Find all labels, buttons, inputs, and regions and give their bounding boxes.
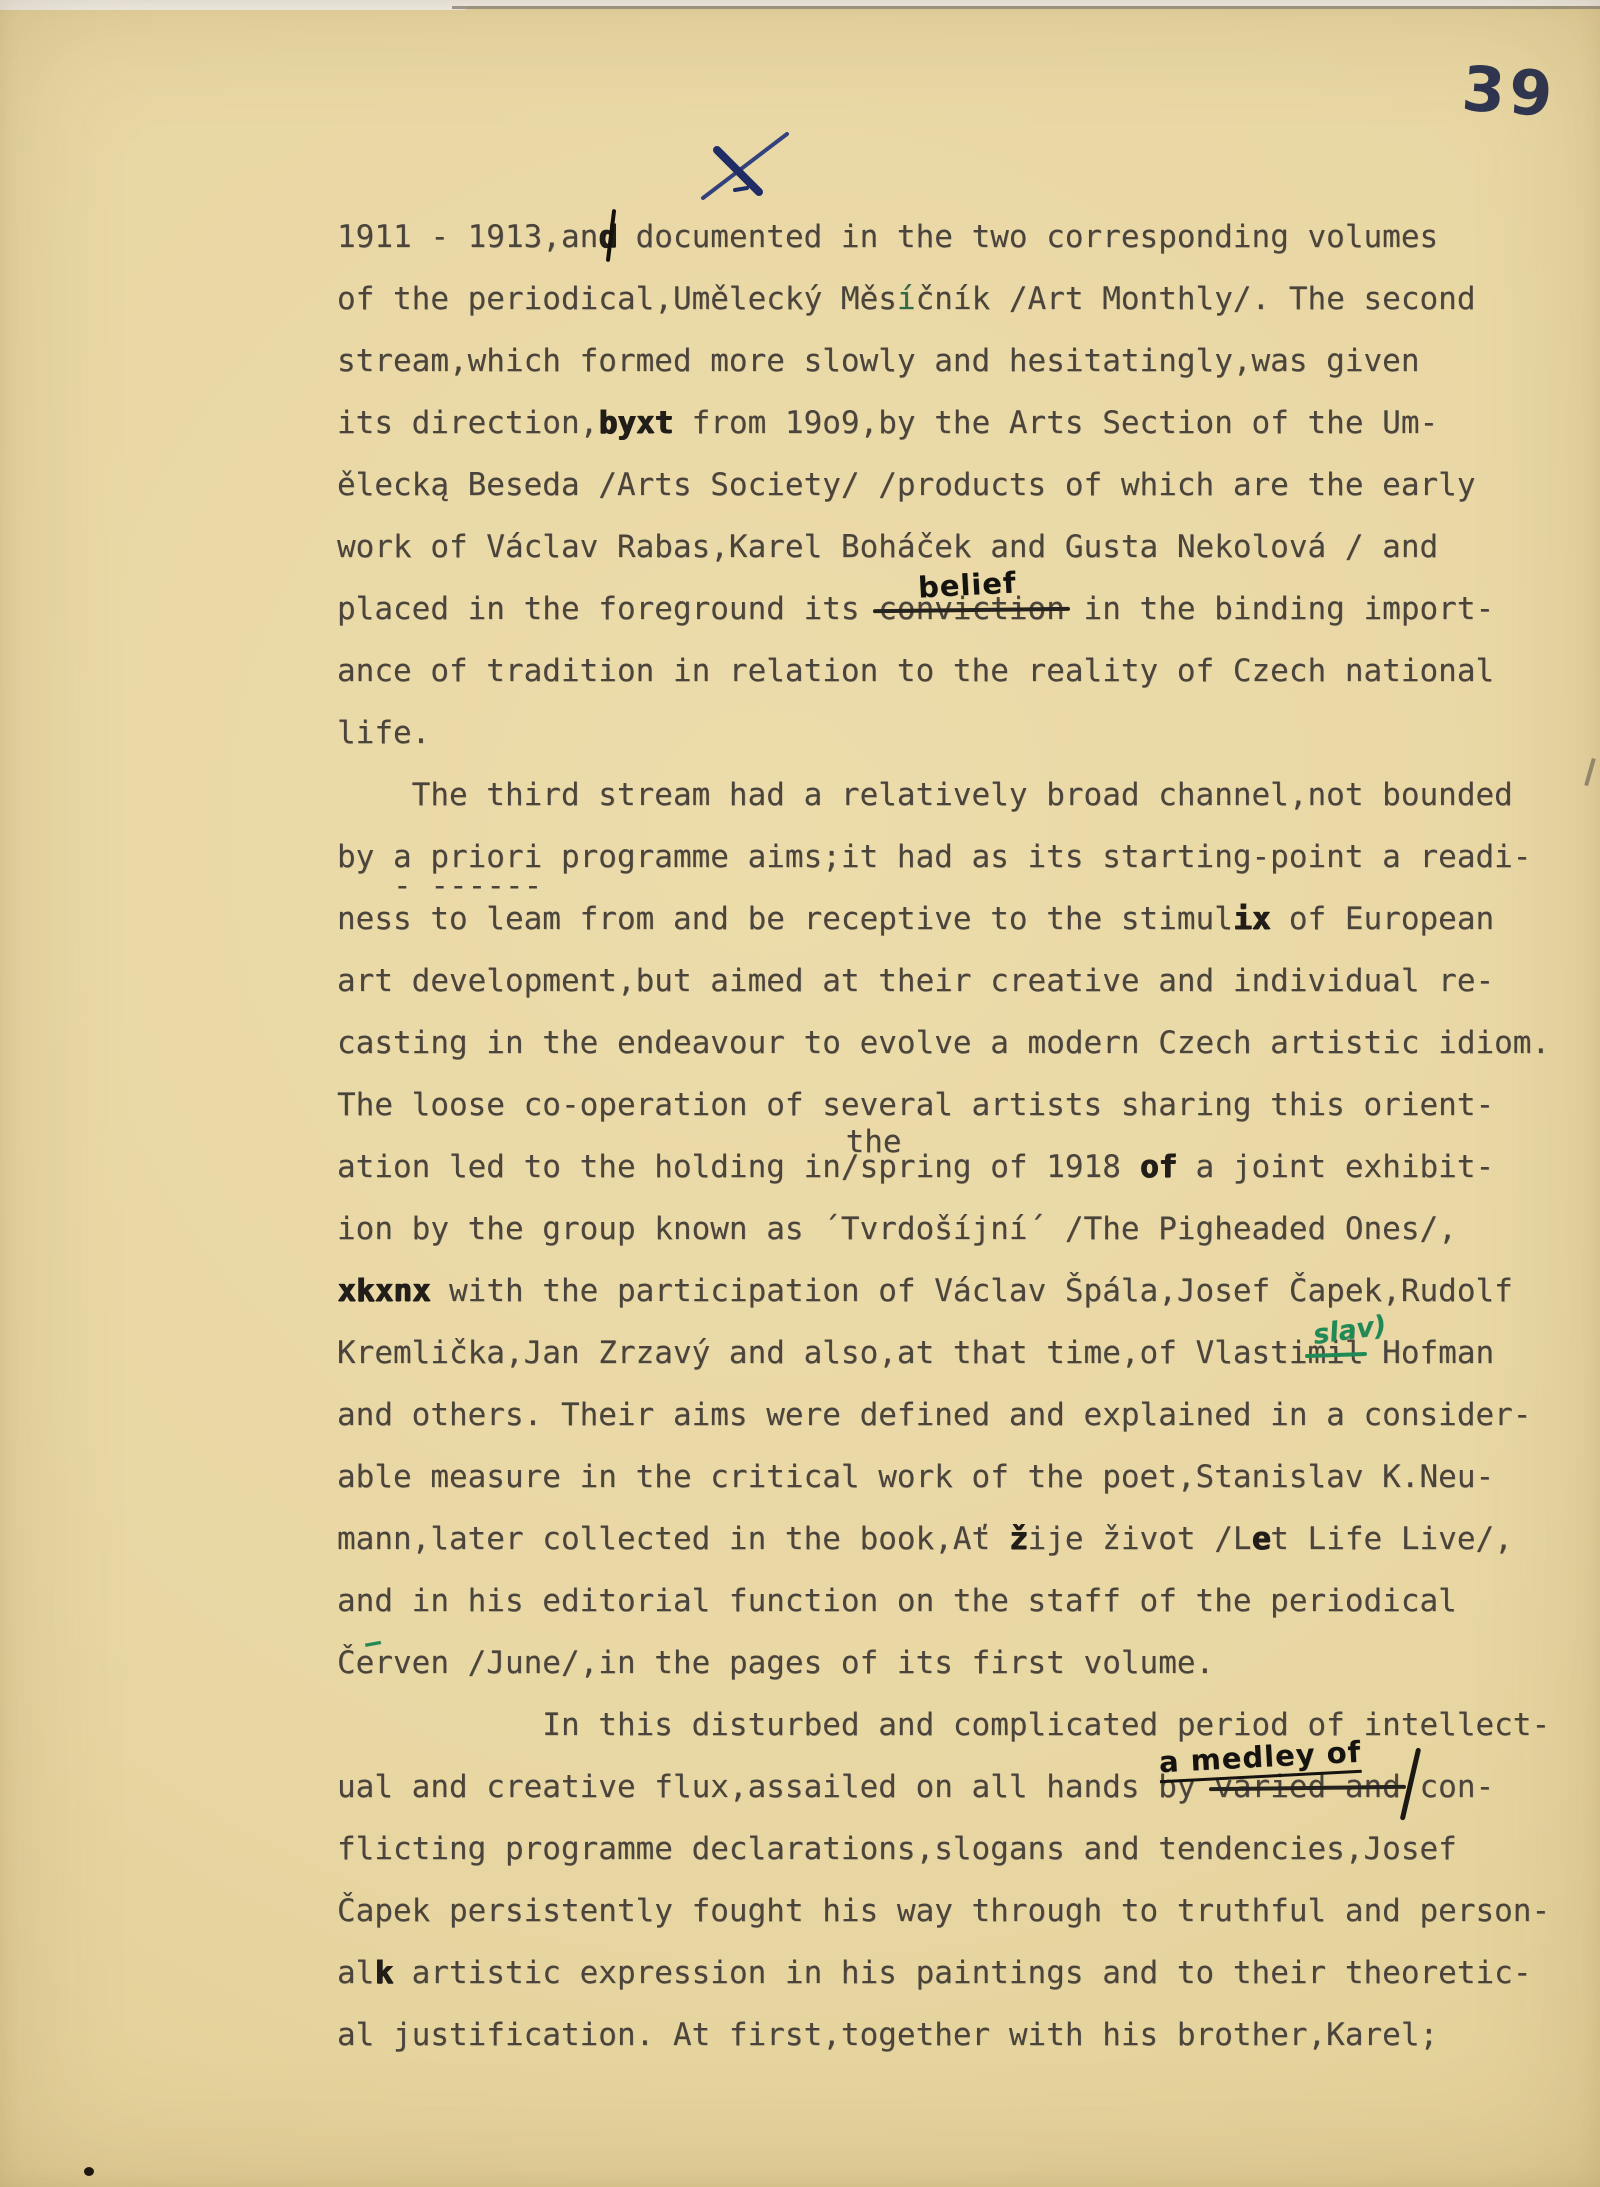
ink-dot	[84, 2167, 94, 2176]
text-segment: ělecką Beseda /Arts Society/ /products o…	[337, 467, 1475, 503]
text-segment: The loose co-operation of several artist…	[337, 1087, 1494, 1123]
text-line: The loose co-operation of several artist…	[337, 1074, 1550, 1136]
right-edge-mark	[1584, 758, 1595, 786]
text-segment: documented in the two corresponding volu…	[617, 219, 1438, 255]
text-segment-xout: of	[1140, 1149, 1177, 1185]
text-segment: placed in the foreground its	[337, 591, 878, 627]
text-segment: with the participation of Václav Špála,J…	[430, 1273, 1513, 1309]
text-line: Čapek persistently fought his way throug…	[337, 1880, 1550, 1942]
text-line: ation led to the holding in/spring of 19…	[337, 1136, 1550, 1198]
text-line: stream,which formed more slowly and hesi…	[337, 330, 1550, 392]
text-segment-xout: byxt	[598, 405, 673, 441]
text-line: The third stream had a relatively broad …	[337, 764, 1550, 826]
text-line: casting in the endeavour to evolve a mod…	[337, 1012, 1550, 1074]
inserted-annotation: –	[363, 1629, 383, 1657]
text-segment-xout: k	[374, 1955, 393, 1991]
text-line: Červen– /June/,in the pages of its first…	[337, 1632, 1550, 1694]
text-segment-green-strike: milslav)	[1308, 1335, 1364, 1371]
text-segment: t Life Live/,	[1270, 1521, 1513, 1557]
text-line: flicting programme declarations,slogans …	[337, 1818, 1550, 1880]
text-segment: ual and creative flux,assailed on all ha…	[337, 1769, 1214, 1805]
text-segment: flicting programme declarations,slogans …	[337, 1831, 1457, 1867]
text-line: ělecką Beseda /Arts Society/ /products o…	[337, 454, 1550, 516]
text-segment: Červen–	[337, 1645, 449, 1681]
text-line: In this disturbed and complicated period…	[337, 1694, 1550, 1756]
text-segment: Kremlička,Jan Zrzavý and also,at that ti…	[337, 1335, 1308, 1371]
text-line: and in his editorial function on the sta…	[337, 1570, 1550, 1632]
inserted-annotation: belief	[918, 569, 1018, 603]
text-segment: In this disturbed and complicated period…	[337, 1707, 1550, 1743]
text-segment: and others. Their aims were defined and …	[337, 1397, 1531, 1433]
text-segment: and in his editorial function on the sta…	[337, 1583, 1457, 1619]
text-segment: in the binding import-	[1065, 591, 1494, 627]
text-line: ual and creative flux,assailed on all ha…	[337, 1756, 1550, 1818]
text-segment: spring of 1918 the	[860, 1149, 1140, 1185]
text-segment: ije život /L	[1028, 1521, 1252, 1557]
text-line: alk artistic expression in his paintings…	[337, 1942, 1550, 2004]
text-line: 1911 - 1913,and documented in the two co…	[337, 206, 1550, 268]
text-line: mann,later collected in the book,Ať žije…	[337, 1508, 1550, 1570]
text-segment: stream,which formed more slowly and hesi…	[337, 343, 1420, 379]
text-line: ance of tradition in relation to the rea…	[337, 640, 1550, 702]
a-priori-underline: - ------	[393, 871, 542, 902]
text-line: of the periodical,Umělecký Měsíčník /Art…	[337, 268, 1550, 330]
text-segment-green-accent: í	[897, 281, 916, 317]
text-segment: čník /Art Monthly/. The second	[916, 281, 1476, 317]
text-segment: 1911 - 1913,an	[337, 219, 598, 255]
text-segment-xout: ž	[1009, 1521, 1028, 1557]
manuscript-page: 39 1911 - 1913,and documented in the two…	[0, 0, 1600, 2187]
text-line: al justification. At first,together with…	[337, 2004, 1550, 2066]
text-line: and others. Their aims were defined and …	[337, 1384, 1550, 1446]
text-line: its direction,byxt from 19o9,by the Arts…	[337, 392, 1550, 454]
text-segment: con-	[1401, 1769, 1494, 1805]
inserted-annotation: a medley of	[1158, 1738, 1362, 1784]
text-segment: /June/,in the pages of its first volume.	[449, 1645, 1214, 1681]
text-segment-ink-strike: convictionbelief	[878, 591, 1065, 627]
text-segment-xout: d	[598, 219, 617, 255]
text-segment-ink-strike: varied anda medley of	[1214, 1769, 1401, 1805]
text-segment: life.	[337, 715, 430, 751]
text-line: life.	[337, 702, 1550, 764]
text-segment: from 19o9,by the Arts Section of the Um-	[673, 405, 1438, 441]
text-line: Kremlička,Jan Zrzavý and also,at that ti…	[337, 1322, 1550, 1384]
text-segment: art development,but aimed at their creat…	[337, 963, 1494, 999]
text-segment: Čapek persistently fought his way throug…	[337, 1893, 1550, 1929]
handwritten-page-number: 39	[1460, 52, 1559, 131]
typed-text: 1911 - 1913,and documented in the two co…	[337, 206, 1550, 2066]
text-segment: a joint exhibit-	[1177, 1149, 1494, 1185]
text-segment: ation led to the holding in/	[337, 1149, 860, 1185]
text-segment: able measure in the critical work of the…	[337, 1459, 1494, 1495]
text-segment-xout: xkxnx	[337, 1273, 430, 1309]
inserted-annotation: the	[846, 1127, 902, 1158]
text-segment: ness to leam from and be receptive to th…	[337, 901, 1233, 937]
handwritten-x-mark-icon	[695, 128, 795, 206]
scan-top-edge-line	[452, 6, 1600, 9]
text-line: able measure in the critical work of the…	[337, 1446, 1550, 1508]
text-segment: of the periodical,Umělecký Měs	[337, 281, 897, 317]
text-segment: its direction,	[337, 405, 598, 441]
text-segment-xout: ix	[1233, 901, 1270, 937]
text-segment: mann,later collected in the book,Ať	[337, 1521, 1009, 1557]
text-line: ion by the group known as ´Tvrdošíjní´ /…	[337, 1198, 1550, 1260]
text-segment: artistic expression in his paintings and…	[393, 1955, 1531, 1991]
text-line: art development,but aimed at their creat…	[337, 950, 1550, 1012]
text-segment: casting in the endeavour to evolve a mod…	[337, 1025, 1550, 1061]
text-segment: work of Václav Rabas,Karel Boháček and G…	[337, 529, 1438, 565]
text-line: placed in the foreground its convictionb…	[337, 578, 1550, 640]
scan-top-edge-step	[0, 0, 470, 10]
text-segment: al justification. At first,together with…	[337, 2017, 1438, 2053]
text-segment: ance of tradition in relation to the rea…	[337, 653, 1494, 689]
text-segment: The third stream had a relatively broad …	[337, 777, 1513, 813]
text-segment: Hofman	[1364, 1335, 1495, 1371]
text-segment: ion by the group known as ´Tvrdošíjní´ /…	[337, 1211, 1457, 1247]
text-segment: of European	[1270, 901, 1494, 937]
text-segment-xout: e	[1252, 1521, 1271, 1557]
text-segment: al	[337, 1955, 374, 1991]
